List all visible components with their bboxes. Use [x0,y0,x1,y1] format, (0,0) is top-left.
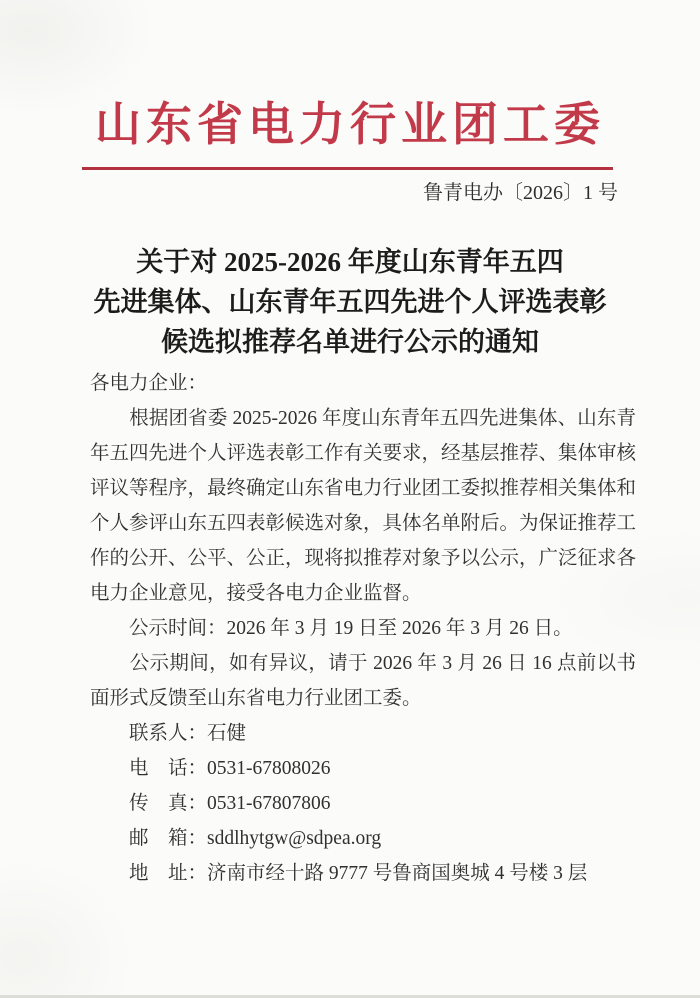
publicity-period-line: 公示时间：2026 年 3 月 19 日至 2026 年 3 月 26 日。 [90,611,636,646]
document-number: 鲁青电办〔2026〕1 号 [423,180,618,206]
contact-person-line: 联系人：石健 [90,716,636,751]
objection-line-continued: 面形式反馈至山东省电力行业团工委。 [90,681,636,716]
contact-address-line: 地 址：济南市经十路 9777 号鲁商国奥城 4 号楼 3 层 [90,856,636,891]
org-name-header: 山东省电力行业团工委 [0,98,700,152]
body-line: 电力企业意见，接受各电力企业监督。 [90,576,636,611]
notice-title-line-1: 关于对 2025-2026 年度山东青年五四 [40,242,660,282]
notice-title-line-3: 候选拟推荐名单进行公示的通知 [40,322,660,362]
body-line: 个人参评山东五四表彰候选对象，具体名单附后。为保证推荐工 [90,506,636,541]
body-line: 根据团省委 2025-2026 年度山东青年五四先进集体、山东青 [90,401,636,436]
contact-fax-line: 传 真：0531-67807806 [90,786,636,821]
notice-body: 各电力企业： 根据团省委 2025-2026 年度山东青年五四先进集体、山东青 … [90,366,636,891]
objection-line: 公示期间，如有异议，请于 2026 年 3 月 26 日 16 点前以书 [90,646,636,681]
notice-title: 关于对 2025-2026 年度山东青年五四 先进集体、山东青年五四先进个人评选… [40,242,660,362]
notice-title-line-2: 先进集体、山东青年五四先进个人评选表彰 [40,282,660,322]
salutation-line: 各电力企业： [90,366,636,401]
red-divider-line [82,167,613,170]
contact-email-line: 邮 箱：sddlhytgw@sdpea.org [90,821,636,856]
body-line: 作的公开、公平、公正，现将拟推荐对象予以公示，广泛征求各 [90,541,636,576]
contact-phone-line: 电 话：0531-67808026 [90,751,636,786]
document-page: 山东省电力行业团工委 鲁青电办〔2026〕1 号 关于对 2025-2026 年… [0,0,700,998]
body-line: 年五四先进个人评选表彰工作有关要求，经基层推荐、集体审核 [90,436,636,471]
body-line: 评议等程序，最终确定山东省电力行业团工委拟推荐相关集体和 [90,471,636,506]
